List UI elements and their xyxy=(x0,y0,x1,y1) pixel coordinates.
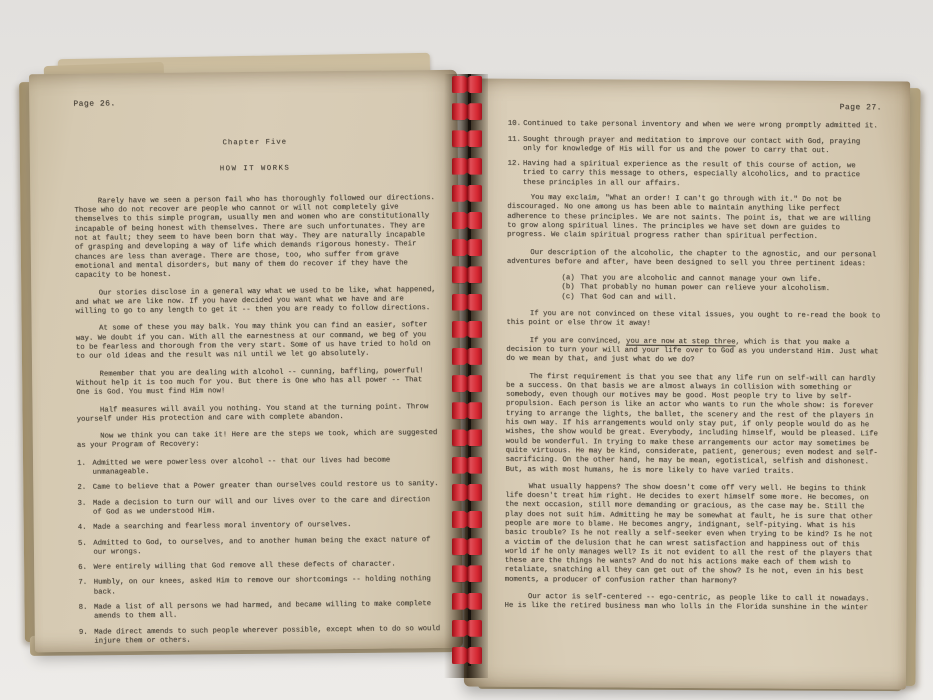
binding-tab xyxy=(452,375,482,392)
paragraph-rarely: Rarely have we seen a person fail who ha… xyxy=(74,194,437,281)
step-text: Humbly, on our knees, asked Him to remov… xyxy=(94,575,441,597)
step-text: Were entirely willing that God remove al… xyxy=(93,560,440,573)
binding-tab xyxy=(452,185,482,202)
page-number-left: Page 26. xyxy=(73,96,435,109)
book-page-right: Page 27. 10.Continued to take personal i… xyxy=(464,78,910,689)
step-item-9: 9.Made direct amends to such people wher… xyxy=(79,625,441,647)
paragraph-remember: Remember that you are dealing with alcoh… xyxy=(76,367,438,399)
paragraph-exclaim: You may exclaim, "What an order! I can't… xyxy=(507,194,881,243)
binding-tab xyxy=(452,103,482,120)
step-number: 10. xyxy=(508,120,523,129)
comb-binding xyxy=(452,76,482,664)
step-number: 12. xyxy=(507,160,523,188)
step-number: 11. xyxy=(508,135,523,154)
binding-tab xyxy=(452,212,482,229)
step-item-5: 5.Admitted to God, to ourselves, and to … xyxy=(78,535,440,557)
binding-tab xyxy=(452,647,482,664)
paragraph-balk: At some of these you may balk. You may t… xyxy=(76,321,438,362)
binding-tab xyxy=(452,484,482,501)
step-text: Admitted we were powerless over alcohol … xyxy=(92,456,439,478)
step-item-1: 1.Admitted we were powerless over alcoho… xyxy=(77,456,439,478)
paragraph-what-happens: What usually happens? The show doesn't c… xyxy=(505,483,880,588)
step-item-8: 8.Made a list of all persons we had harm… xyxy=(79,600,441,622)
chapter-headings: Chapter Five HOW IT WORKS xyxy=(74,137,436,175)
step-number: 9. xyxy=(79,628,95,647)
step-item-10: 10.Continued to take personal inventory … xyxy=(508,120,882,132)
step-item-11: 11.Sought through prayer and meditation … xyxy=(508,135,882,156)
binding-tab xyxy=(452,511,482,528)
step-number: 2. xyxy=(77,484,92,493)
convinced-underlined: you are now at step three xyxy=(626,337,736,346)
paragraph-not-convinced: If you are not convinced on these vital … xyxy=(506,310,880,331)
binding-tab xyxy=(452,239,482,256)
chapter-title: HOW IT WORKS xyxy=(74,163,436,176)
binding-tab xyxy=(452,266,482,283)
left-page-body: Rarely have we seen a person fail who ha… xyxy=(74,194,441,647)
step-text: Made direct amends to such people wherev… xyxy=(94,625,441,647)
idea-c: (c)That God can and will. xyxy=(561,293,880,305)
pertinent-ideas-list: (a)That you are alcoholic and cannot man… xyxy=(561,274,880,304)
step-text: Continued to take personal inventory and… xyxy=(523,120,882,132)
binding-tab xyxy=(452,294,482,311)
binding-tab xyxy=(452,130,482,147)
binding-tab xyxy=(452,620,482,637)
binding-tab xyxy=(452,321,482,338)
idea-tag: (c) xyxy=(561,293,580,302)
step-text: Sought through prayer and meditation to … xyxy=(523,135,882,156)
idea-tag: (b) xyxy=(561,284,580,293)
step-item-6: 6.Were entirely willing that God remove … xyxy=(78,560,440,573)
paragraph-actor: Our actor is self-centered -- ego-centri… xyxy=(504,593,878,614)
paragraph-convinced: If you are convinced, you are now at ste… xyxy=(506,336,880,367)
page-number-right: Page 27. xyxy=(508,101,882,113)
step-item-12: 12.Having had a spiritual experience as … xyxy=(507,160,881,191)
step-number: 7. xyxy=(78,579,94,598)
binding-tab xyxy=(452,429,482,446)
step-number: 5. xyxy=(78,539,94,558)
step-text: Made a list of all persons we had harmed… xyxy=(94,600,441,622)
binding-tab xyxy=(452,538,482,555)
step-text: Came to believe that a Power greater tha… xyxy=(93,480,440,493)
paragraph-half-measures: Half measures will avail you nothing. Yo… xyxy=(76,403,438,425)
right-page-body: 10.Continued to take personal inventory … xyxy=(504,120,881,614)
step-number: 6. xyxy=(78,564,93,573)
chapter-heading: Chapter Five xyxy=(74,137,436,150)
paragraph-first-requirement: The first requirement is that you see th… xyxy=(505,372,880,477)
binding-tab xyxy=(452,76,482,93)
step-text: Admitted to God, to ourselves, and to an… xyxy=(93,535,440,557)
book-photo-scene: Page 26. Chapter Five HOW IT WORKS Rarel… xyxy=(0,0,933,700)
binding-tab xyxy=(452,348,482,365)
paragraph-program-intro: Now we think you can take it! Here are t… xyxy=(77,429,439,451)
paragraph-description: Our description of the alcoholic, the ch… xyxy=(507,248,881,269)
binding-tab xyxy=(452,593,482,610)
step-number: 1. xyxy=(77,459,93,478)
step-text: Made a decision to turn our will and our… xyxy=(93,496,440,518)
step-item-3: 3.Made a decision to turn our will and o… xyxy=(77,496,439,518)
step-item-7: 7.Humbly, on our knees, asked Him to rem… xyxy=(78,575,440,597)
convinced-before: If you are convinced, xyxy=(530,337,626,346)
paragraph-stories: Our stories disclose in a general way wh… xyxy=(75,286,437,318)
step-number: 3. xyxy=(77,499,93,518)
step-text: Made a searching and fearless moral inve… xyxy=(93,520,440,533)
binding-tab xyxy=(452,402,482,419)
step-text: Having had a spiritual experience as the… xyxy=(523,160,882,190)
binding-tab xyxy=(452,158,482,175)
step-number: 4. xyxy=(78,524,93,533)
idea-text: That God can and will. xyxy=(580,293,676,303)
step-item-2: 2.Came to believe that a Power greater t… xyxy=(77,480,439,493)
binding-tab xyxy=(452,457,482,474)
binding-tab xyxy=(452,565,482,582)
book-page-left: Page 26. Chapter Five HOW IT WORKS Rarel… xyxy=(29,70,463,652)
step-number: 8. xyxy=(79,604,95,623)
step-item-4: 4.Made a searching and fearless moral in… xyxy=(78,520,440,533)
